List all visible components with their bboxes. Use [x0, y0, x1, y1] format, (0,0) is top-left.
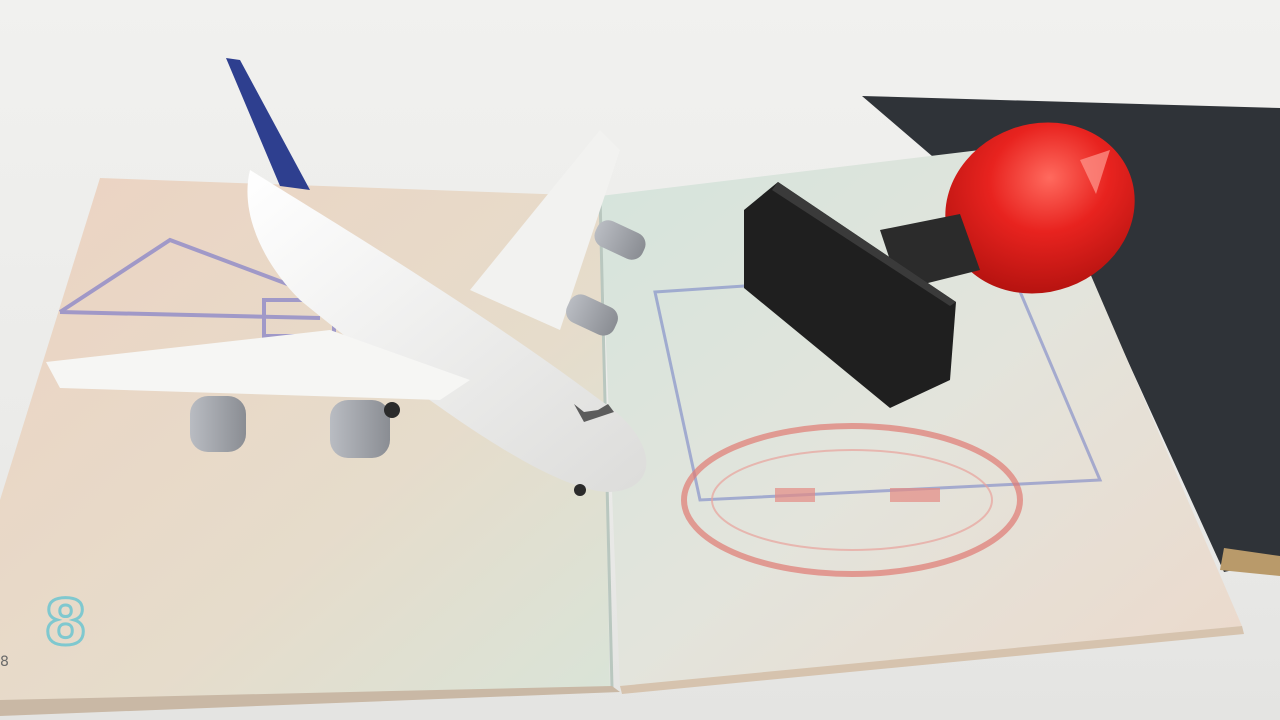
scene-illustration	[0, 0, 1280, 720]
photo-scene: 8 8	[0, 0, 1280, 720]
passport-edge-page-number: 8	[0, 655, 9, 669]
passport-page-number: 8	[44, 592, 87, 654]
